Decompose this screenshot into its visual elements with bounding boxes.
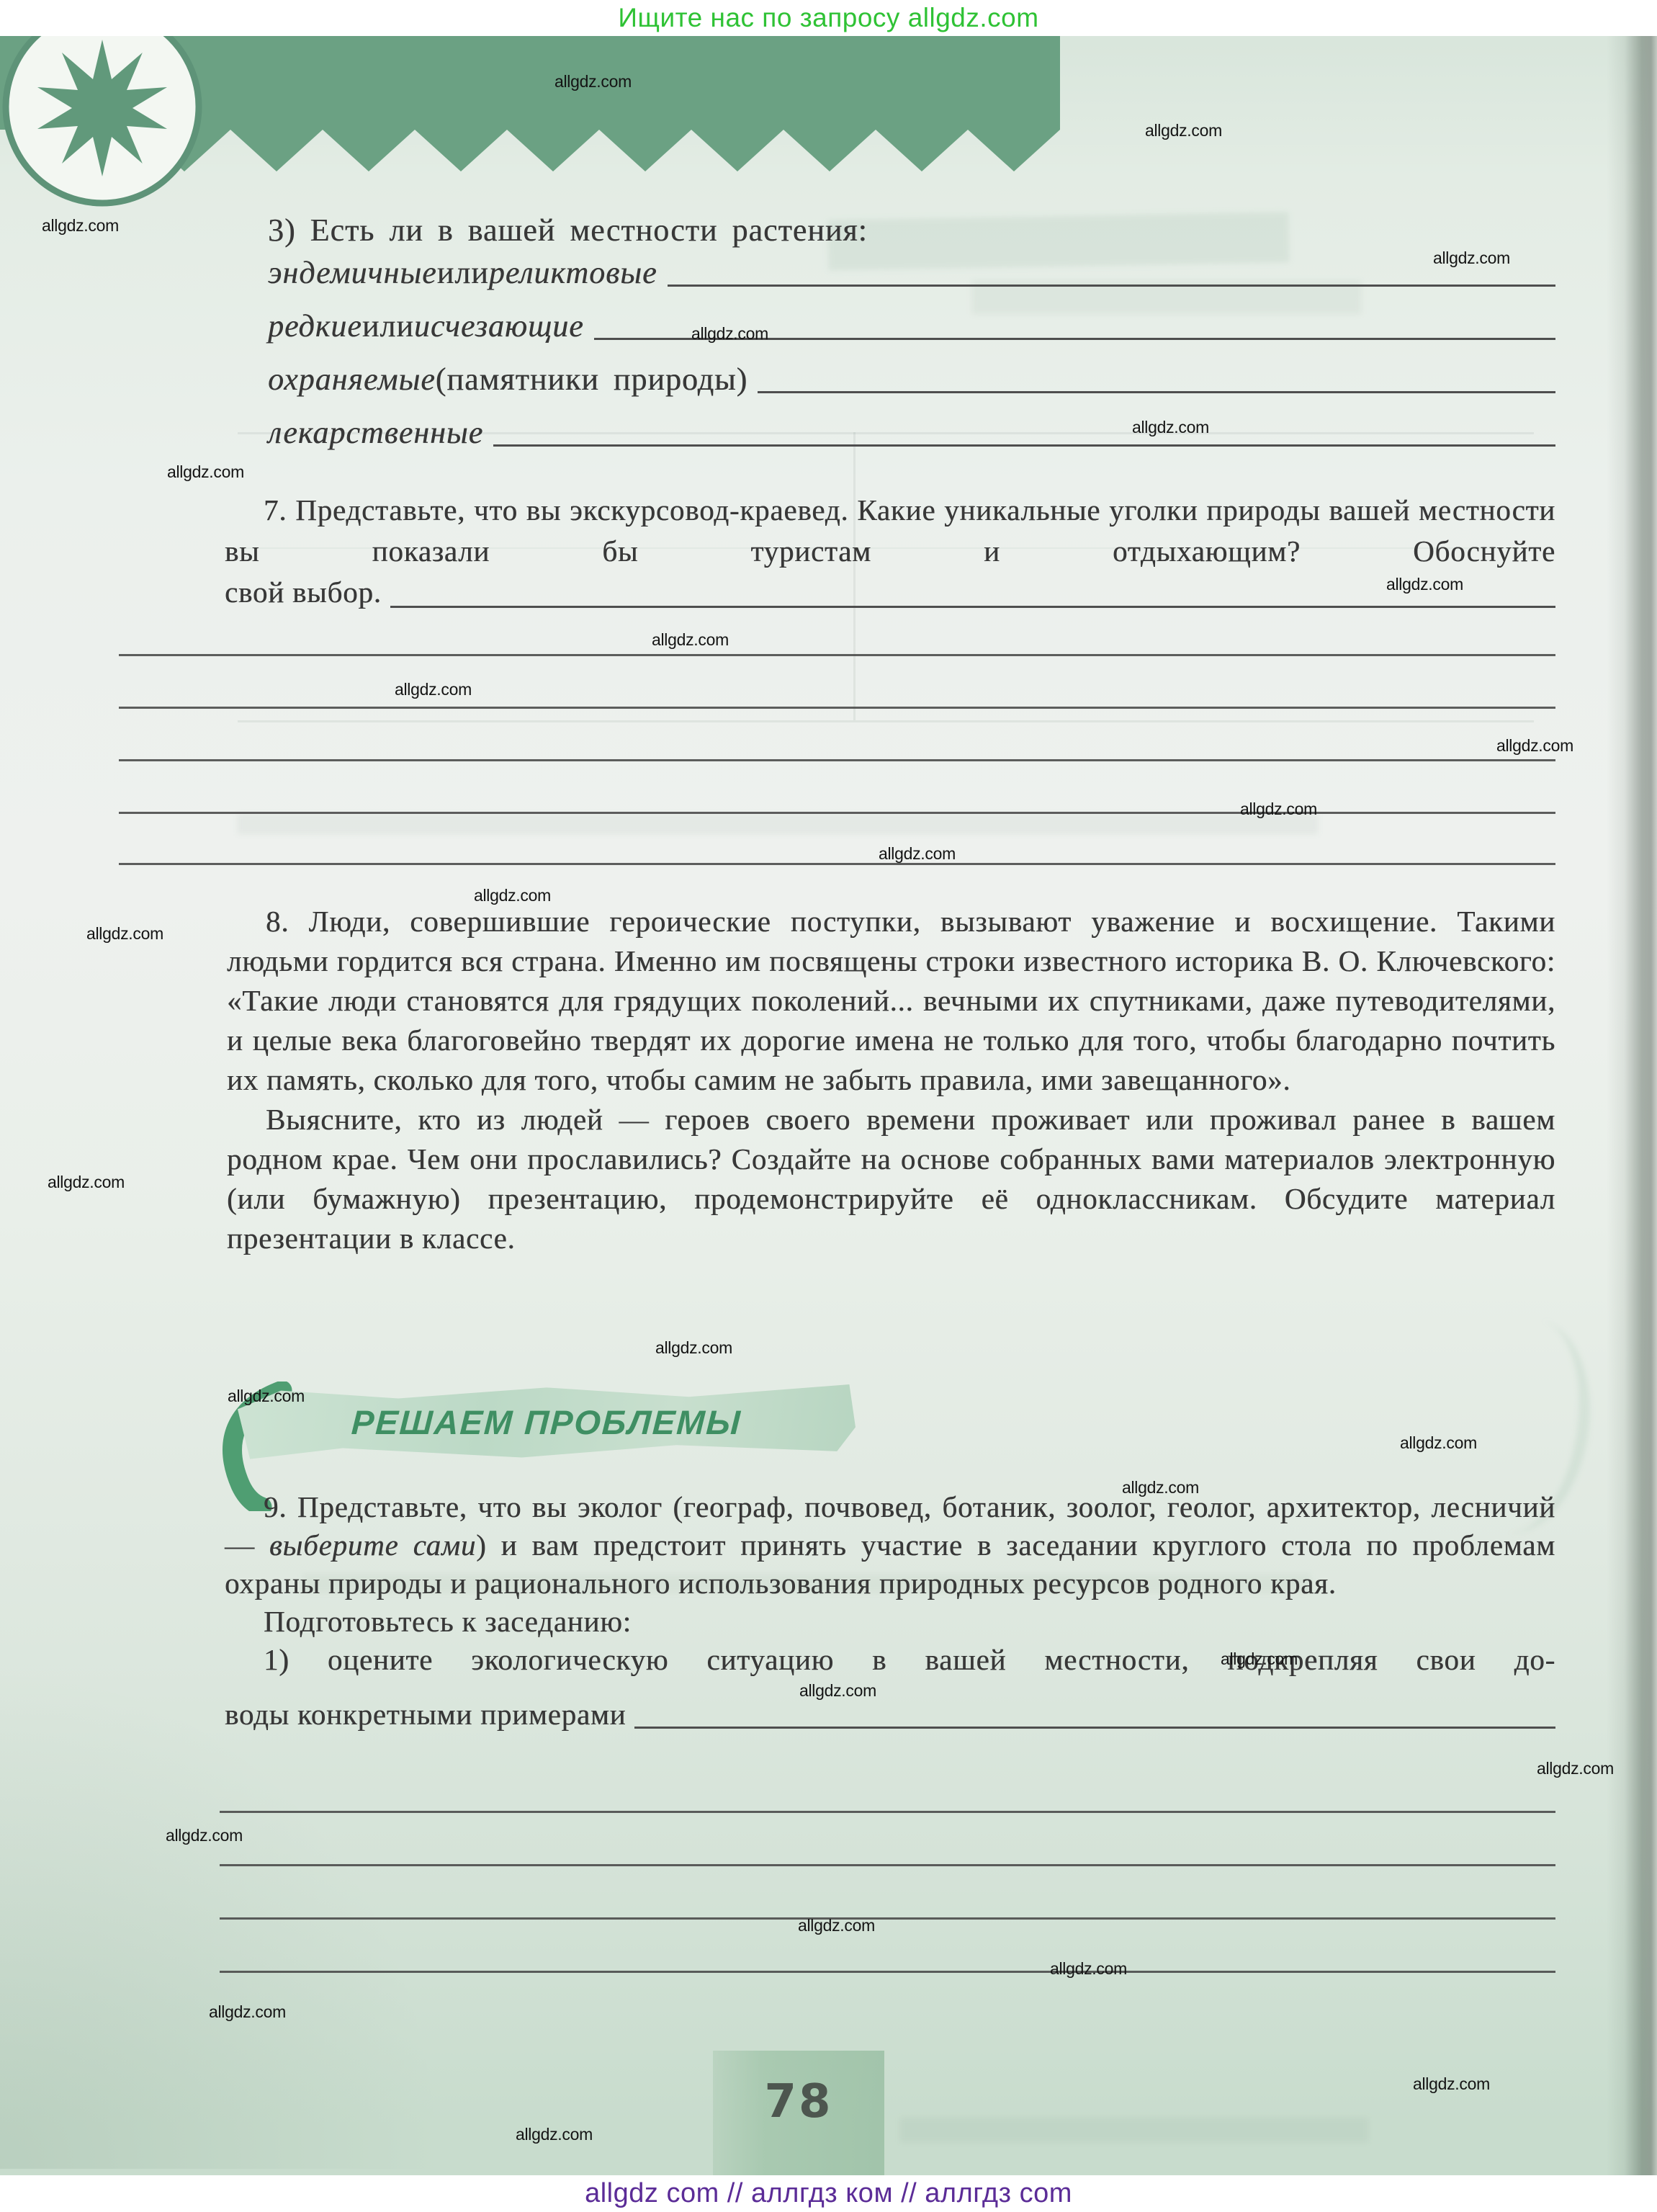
answer-blank-line (390, 606, 1555, 608)
plant-category-row: лекарственные (268, 398, 1555, 451)
task-8-paragraph-2: Выясните, кто из людей — героев своего в… (227, 1100, 1555, 1258)
task-7-last-row: свой выбор. (225, 572, 1555, 613)
category-label-italic: лекарственные (268, 414, 483, 451)
section-banner-label: РЕШАЕМ ПРОБЛЕМЫ (351, 1402, 743, 1445)
task-7-text-end: свой выбор. (225, 572, 382, 613)
answer-blank-line (119, 759, 1555, 761)
corner-shading (0, 1665, 446, 2169)
section-banner-ribbon: РЕШАЕМ ПРОБЛЕМЫ (238, 1384, 856, 1462)
answer-blank-line (668, 285, 1555, 287)
category-label-italic: исчезающие (414, 308, 584, 344)
task-9-paragraph: 9. Представьте, что вы эколог (географ, … (225, 1488, 1555, 1603)
answer-blank-line (220, 1811, 1555, 1813)
task-9: 9. Представьте, что вы эколог (географ, … (225, 1488, 1555, 1734)
footer-bar: allgdz com // аллгдз ком // аллгдз com (0, 2175, 1657, 2212)
category-label-italic: эндемичные (268, 254, 437, 291)
task-7: 7. Представьте, что вы экскурсовод-краев… (225, 490, 1555, 613)
task-9-subheading: Подготовьтесь к заседанию: (225, 1603, 1555, 1641)
category-label: (памятники природы) (436, 361, 747, 398)
promo-text: Ищите нас по запросу allgdz.com (618, 3, 1038, 33)
answer-blank-line (493, 444, 1555, 447)
page-number: 78 (764, 2075, 832, 2128)
answer-blank-line (634, 1727, 1555, 1729)
category-label: или (437, 254, 489, 291)
task-7-text: 7. Представьте, что вы экскурсовод-краев… (225, 490, 1555, 572)
task-9-text-italic: выберите сами (269, 1528, 476, 1562)
answer-blank-line (220, 1917, 1555, 1920)
task-3-rows: эндемичные или реликтовые редкие или исч… (268, 238, 1555, 451)
task-8-paragraph-1: 8. Люди, совершившие героические поступк… (227, 902, 1555, 1100)
category-label-italic: редкие (268, 308, 362, 344)
task-9-item-1: 1) оцените экологическую ситуацию в ваше… (225, 1641, 1555, 1679)
plant-category-row: эндемичные или реликтовые (268, 238, 1555, 291)
promo-bar: Ищите нас по запросу allgdz.com (0, 0, 1657, 36)
task-9-item-1-end: воды конкретными примерами (225, 1696, 626, 1734)
footer-text: allgdz com // аллгдз ком // аллгдз com (585, 2178, 1072, 2209)
page-number-badge: 78 (713, 2051, 884, 2175)
answer-blank-line (758, 391, 1555, 393)
answer-blank-line (119, 707, 1555, 709)
answer-blank-line (220, 1971, 1555, 1973)
plant-category-row: охраняемые (памятники природы) (268, 344, 1555, 398)
section-banner: РЕШАЕМ ПРОБЛЕМЫ (210, 1377, 873, 1507)
page-edge-shadow (1607, 36, 1657, 2175)
answer-blank-line (220, 1864, 1555, 1866)
answer-blank-line (119, 812, 1555, 814)
task-8: 8. Люди, совершившие героические поступк… (227, 902, 1555, 1258)
task-9-item-1-last-row: воды конкретными примерами (225, 1696, 1555, 1734)
category-label-italic: реликтовые (489, 254, 657, 291)
category-label: или (362, 308, 414, 344)
plant-category-row: редкие или исчезающие (268, 291, 1555, 344)
category-label-italic: охраняемые (268, 361, 436, 398)
answer-blank-line (594, 338, 1555, 340)
answer-blank-line (119, 654, 1555, 656)
answer-blank-line (119, 863, 1555, 865)
